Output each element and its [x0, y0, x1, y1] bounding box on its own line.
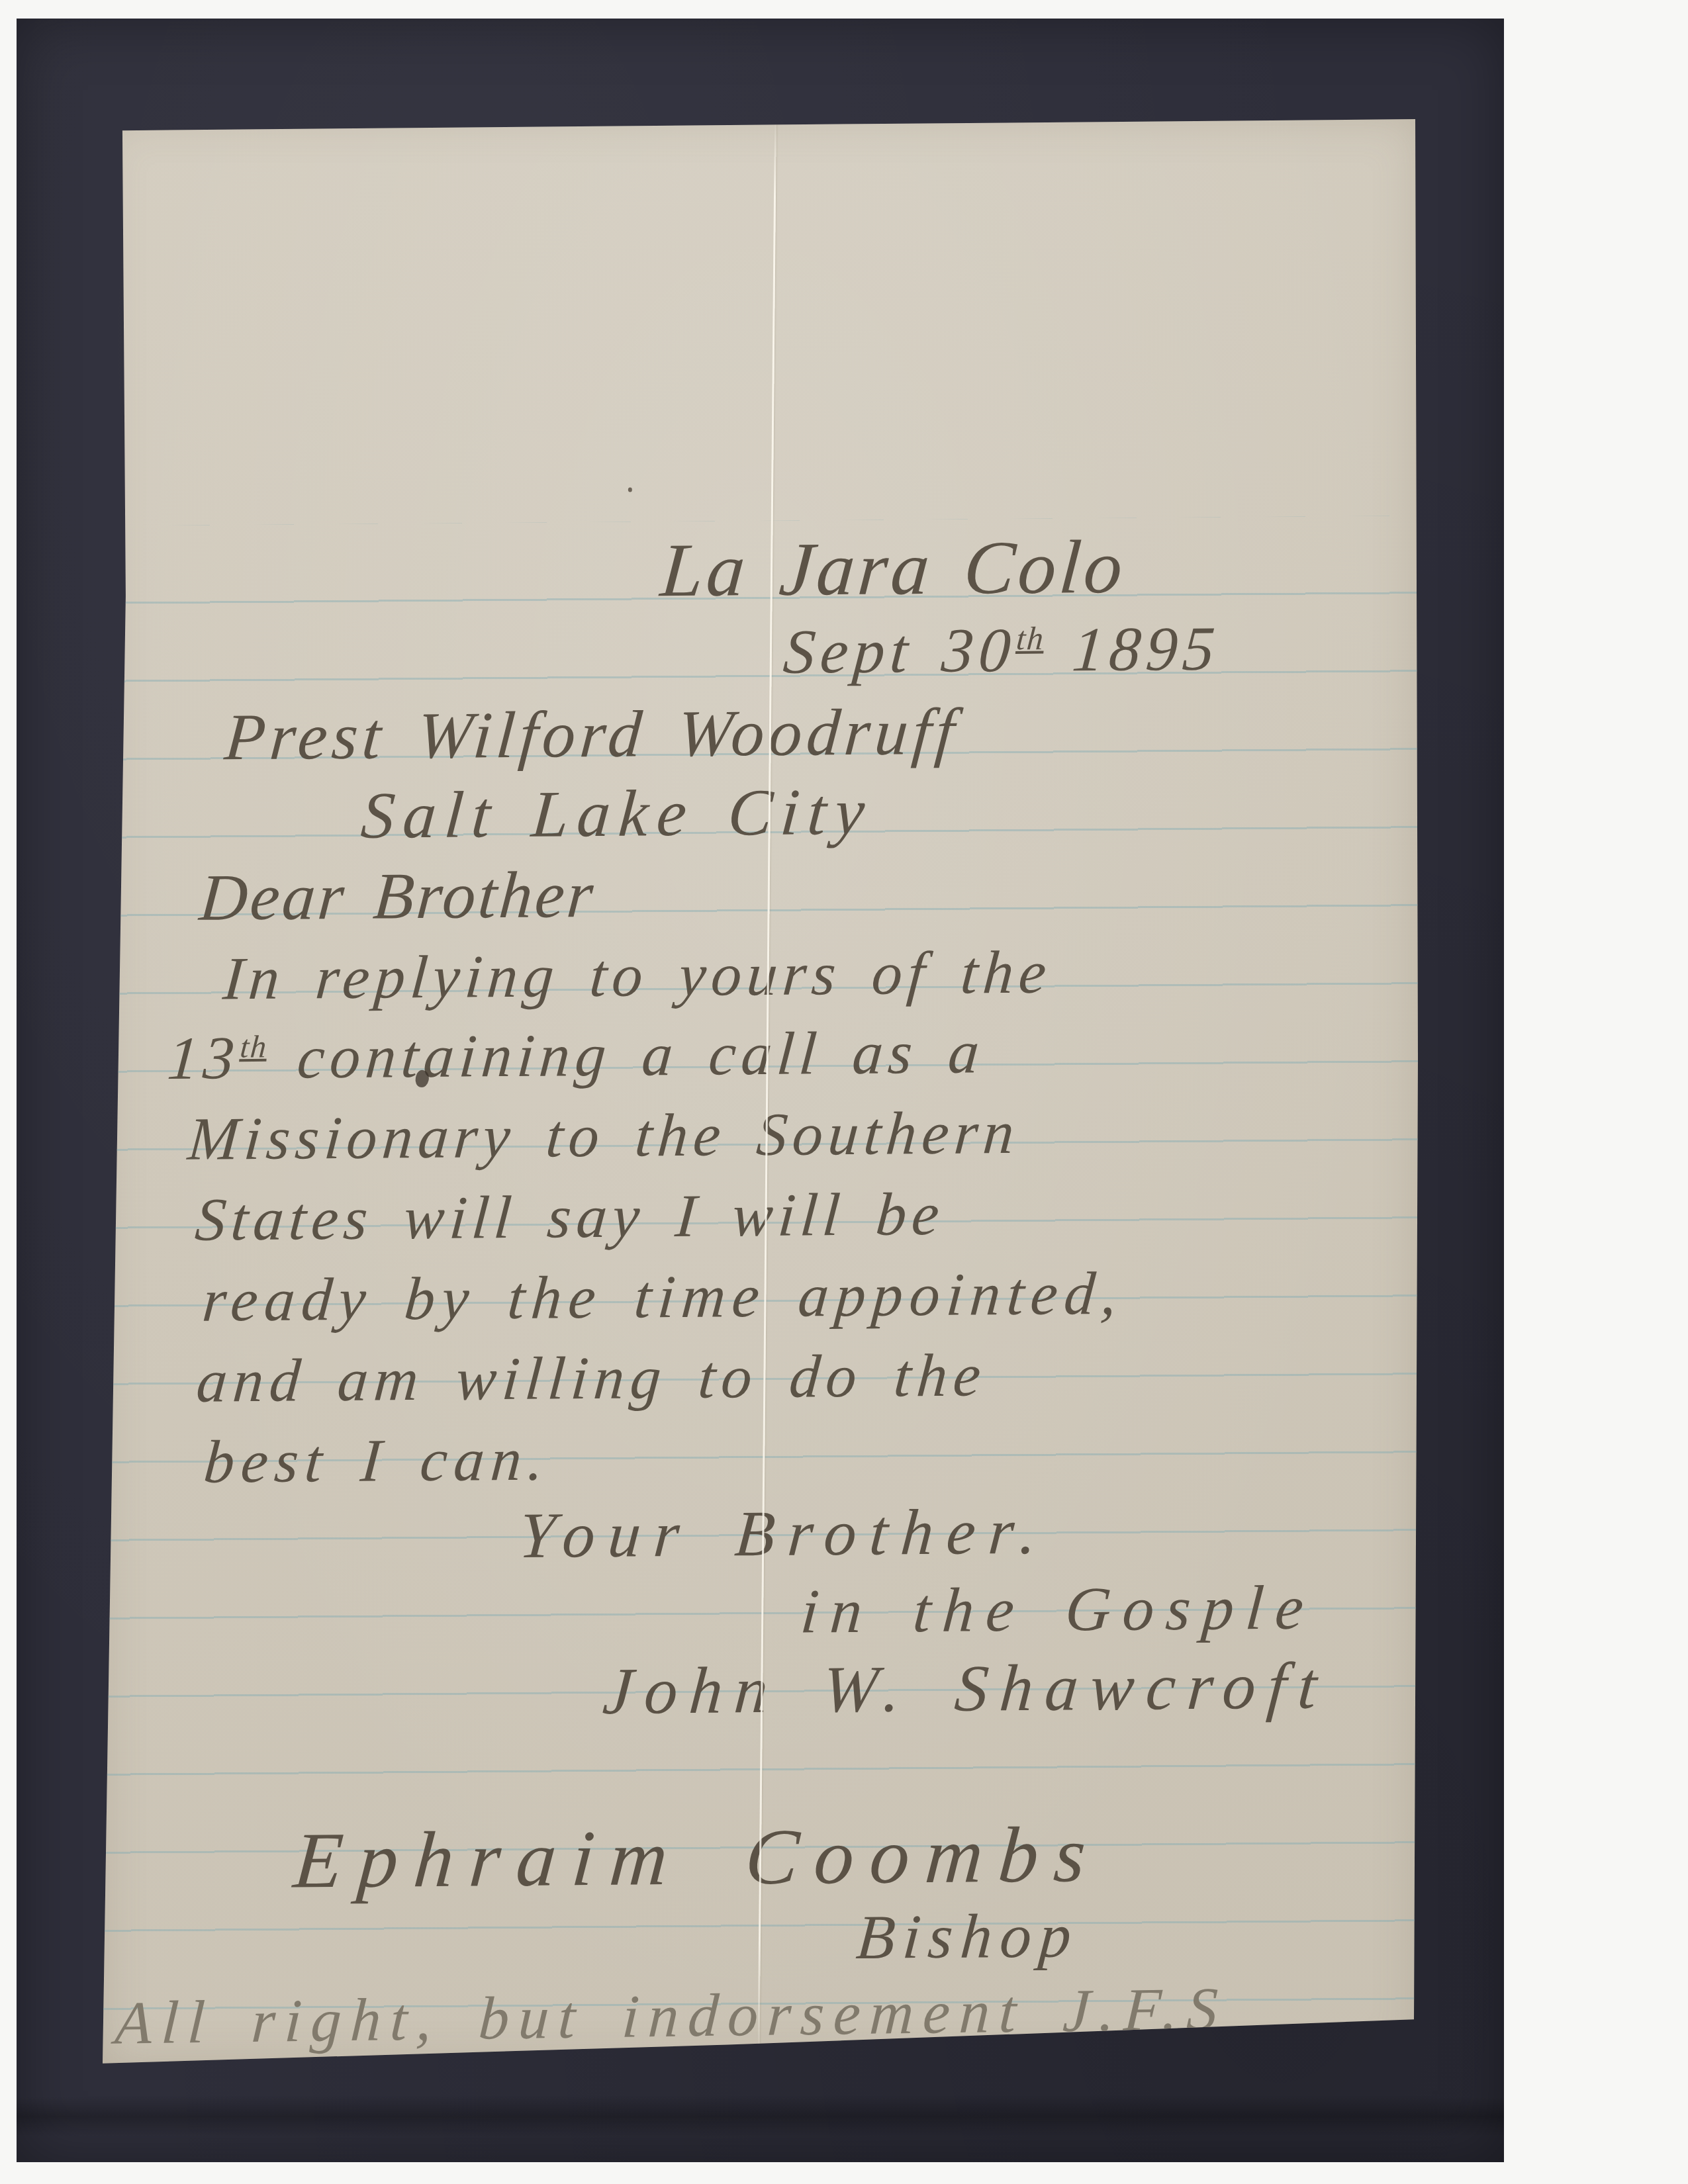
handwriting-pencil-annotation: All right, but indorsement J.F.S: [113, 1978, 1229, 2054]
body-line-2-text: containing a call as a: [264, 1018, 987, 1091]
handwriting-closing-line-1: Your Brother.: [517, 1500, 1053, 1569]
mat-board: La Jara Colo Sept 30th 1895 Prest Wilfor…: [17, 19, 1504, 2162]
date-text: Sept 30: [781, 615, 1019, 687]
handwriting-closing-line-2: in the Gosple: [799, 1576, 1318, 1643]
handwriting-signature: John W. Shawcroft: [601, 1653, 1331, 1725]
handwriting-body-line-4: States will say I will be: [193, 1183, 947, 1250]
handwriting-salutation: Dear Brother: [197, 862, 598, 931]
handwriting-date-line: Sept 30th 1895: [781, 617, 1222, 683]
letter-paper: La Jara Colo Sept 30th 1895 Prest Wilfor…: [99, 116, 1420, 2068]
handwriting-place-line: La Jara Colo: [658, 529, 1129, 609]
body-line-2-superscript: th: [239, 1029, 269, 1064]
scanned-letter-page: La Jara Colo Sept 30th 1895 Prest Wilfor…: [0, 0, 1688, 2184]
handwriting-body-line-7: best I can.: [202, 1428, 553, 1492]
date-year-text: 1895: [1041, 613, 1222, 684]
handwriting-recipient-name: Prest Wilford Woodruff: [222, 699, 961, 771]
ink-dot: [628, 487, 632, 492]
handwriting-recipient-city: Salt Lake City: [359, 779, 876, 849]
handwriting-endorsement-name: Ephraim Coombs: [291, 1815, 1105, 1901]
handwriting-body-line-6: and am willing to do the: [195, 1344, 989, 1411]
mat-shadow-band: [17, 2097, 1504, 2136]
handwriting-body-line-2: 13th containing a call as a: [165, 1021, 987, 1089]
handwriting-body-line-1: In replying to yours of the: [221, 942, 1054, 1009]
body-line-2-number: 13: [165, 1024, 242, 1092]
date-superscript: th: [1015, 620, 1046, 657]
handwriting-endorsement-title: Bishop: [854, 1904, 1081, 1969]
handwriting-body-line-5: ready by the time appointed,: [201, 1263, 1126, 1331]
handwriting-body-line-3: Missionary to the Southern: [186, 1102, 1021, 1169]
